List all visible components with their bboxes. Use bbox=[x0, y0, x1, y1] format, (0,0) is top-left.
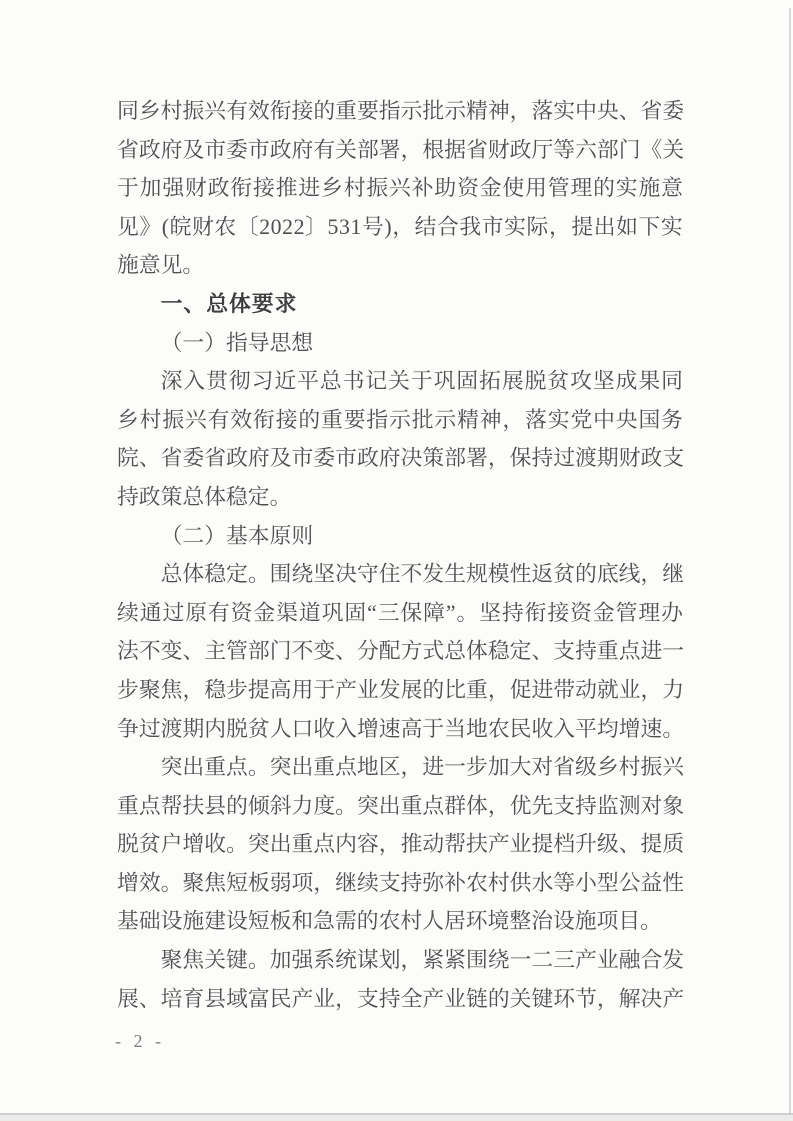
text-line: 增效。聚焦短板弱项，继续支持弥补农村供水等小型公益性 bbox=[117, 864, 683, 903]
document-body: 同乡村振兴有效衔接的重要指示批示精神，落实中央、省委省政府及市委市政府有关部署，… bbox=[117, 92, 683, 1018]
text-line: 持政策总体稳定。 bbox=[117, 478, 683, 517]
text-line: 突出重点。突出重点地区，进一步加大对省级乡村振兴 bbox=[117, 748, 683, 787]
document-page: 同乡村振兴有效衔接的重要指示批示精神，落实中央、省委省政府及市委市政府有关部署，… bbox=[0, 0, 793, 1121]
text-line: 脱贫户增收。突出重点内容，推动帮扶产业提档升级、提质 bbox=[117, 825, 683, 864]
subsection-heading: （二）基本原则 bbox=[117, 517, 683, 556]
text-line: 步聚焦，稳步提高用于产业发展的比重，促进带动就业，力 bbox=[117, 671, 683, 710]
text-line: 基础设施建设短板和急需的农村人居环境整治设施项目。 bbox=[117, 902, 683, 941]
subsection-heading: （一）指导思想 bbox=[117, 324, 683, 363]
text-line: 聚焦关键。加强系统谋划，紧紧围绕一二三产业融合发 bbox=[117, 941, 683, 980]
page-number: - 2 - bbox=[115, 1026, 165, 1056]
text-line: 同乡村振兴有效衔接的重要指示批示精神，落实中央、省委 bbox=[117, 92, 683, 131]
text-line: 展、培育县域富民产业，支持全产业链的关键环节，解决产 bbox=[117, 980, 683, 1019]
text-line: 总体稳定。围绕坚决守住不发生规模性返贫的底线，继 bbox=[117, 555, 683, 594]
scan-artifact-bottom-strip bbox=[0, 1115, 793, 1121]
scan-artifact-right-edge bbox=[789, 8, 791, 1117]
text-line: 院、省委省政府及市委市政府决策部署，保持过渡期财政支 bbox=[117, 439, 683, 478]
text-line: 施意见。 bbox=[117, 246, 683, 285]
text-line: 于加强财政衔接推进乡村振兴补助资金使用管理的实施意 bbox=[117, 169, 683, 208]
text-line: 乡村振兴有效衔接的重要指示批示精神，落实党中央国务 bbox=[117, 401, 683, 440]
text-line: 见》(皖财农〔2022〕531号)，结合我市实际，提出如下实 bbox=[117, 208, 683, 247]
text-line: 重点帮扶县的倾斜力度。突出重点群体，优先支持监测对象、 bbox=[117, 787, 683, 826]
section-heading: 一、总体要求 bbox=[117, 285, 683, 324]
text-line: 争过渡期内脱贫人口收入增速高于当地农民收入平均增速。 bbox=[117, 710, 683, 749]
text-line: 法不变、主管部门不变、分配方式总体稳定、支持重点进一 bbox=[117, 632, 683, 671]
text-line: 续通过原有资金渠道巩固“三保障”。坚持衔接资金管理办 bbox=[117, 594, 683, 633]
text-line: 省政府及市委市政府有关部署，根据省财政厅等六部门《关 bbox=[117, 131, 683, 170]
text-line: 深入贯彻习近平总书记关于巩固拓展脱贫攻坚成果同 bbox=[117, 362, 683, 401]
